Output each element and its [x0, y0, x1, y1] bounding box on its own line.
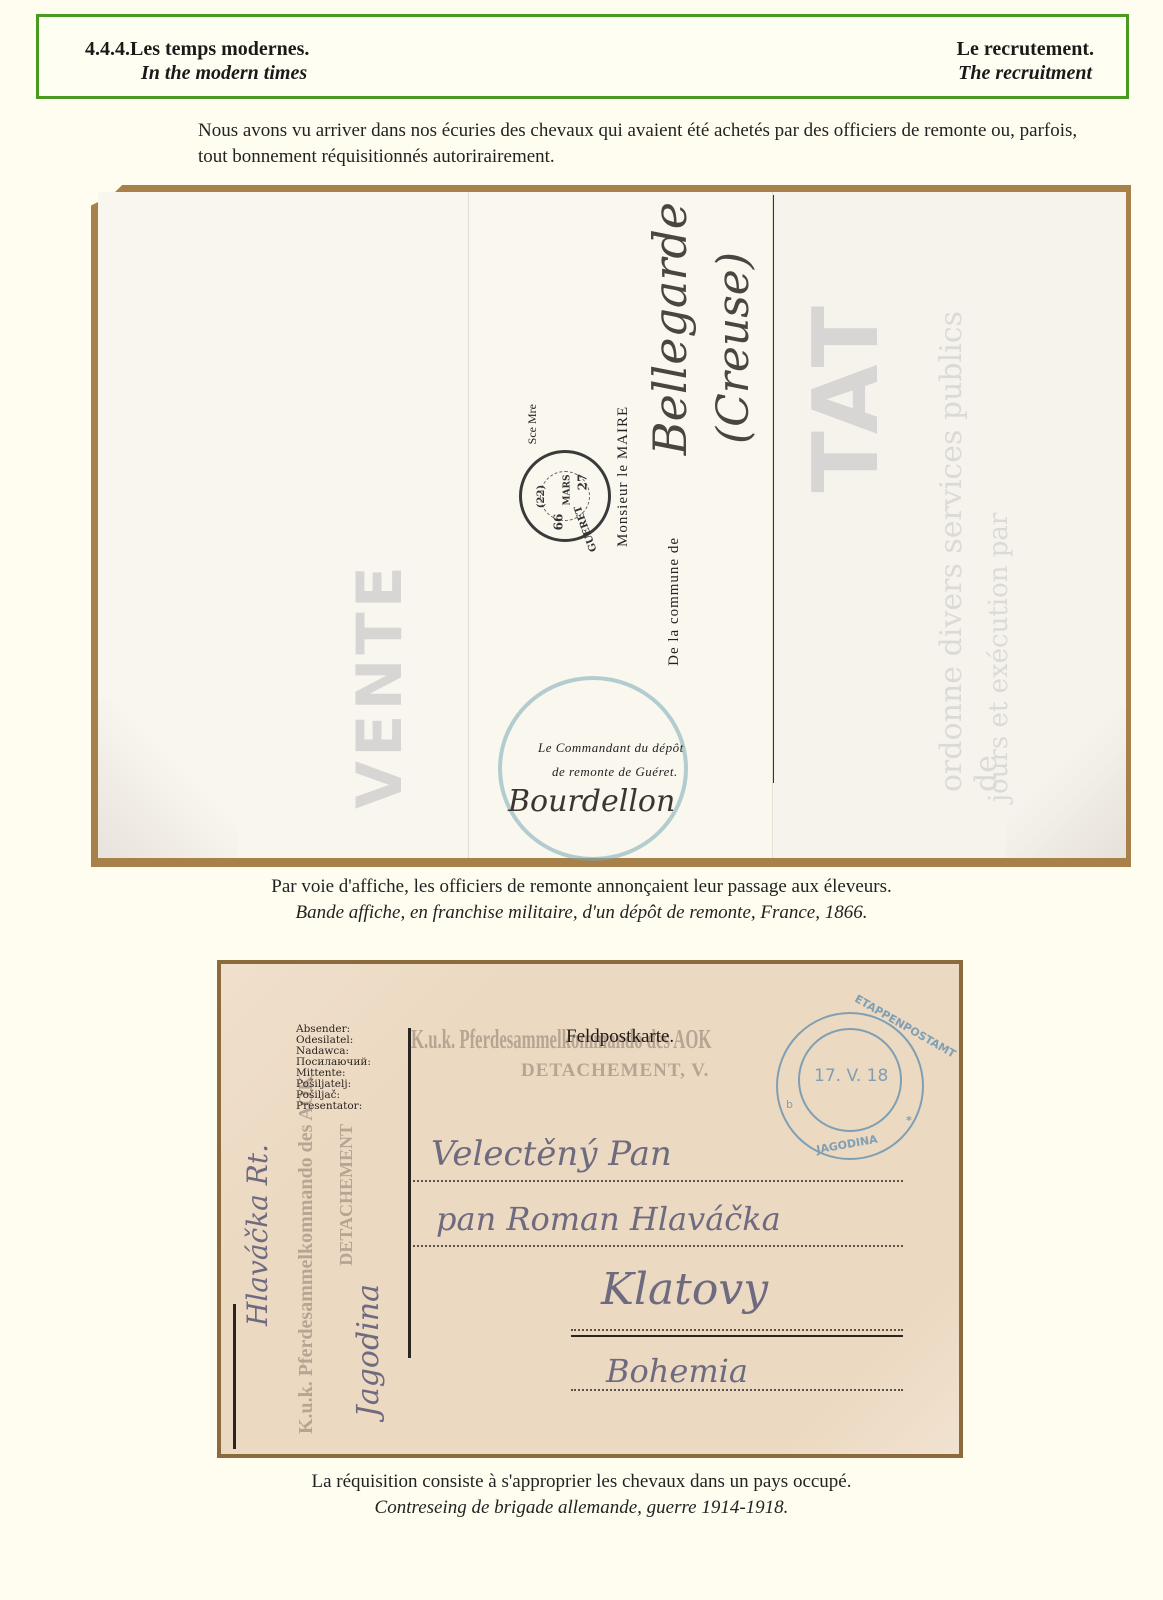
handwritten-commune: Bellegarde: [643, 202, 697, 455]
postmark-arc-bottom: JAGODINA: [815, 1133, 878, 1157]
band-rule: [773, 195, 774, 783]
signature: Bourdellon: [508, 784, 675, 819]
postmark-star: *: [906, 1114, 912, 1127]
divider-line: [408, 1028, 411, 1358]
caption-item-1-italic: Bande affiche, en franchise militaire, d…: [0, 902, 1163, 924]
section-header: 4.4.4.Les temps modernes. In the modern …: [36, 14, 1129, 99]
caption-item-2-italic: Contreseing de brigade allemande, guerre…: [0, 1497, 1163, 1519]
caption-item-1: Par voie d'affiche, les officiers de rem…: [0, 876, 1163, 898]
sender-divider-line: [233, 1304, 236, 1449]
postmark-day: 27: [575, 474, 589, 491]
poster-right-panel: TAT ordonne divers services publics de j…: [774, 192, 1126, 858]
commandant-line-1: Le Commandant du dépôt: [538, 740, 684, 756]
section-subtitle: In the modern times: [141, 62, 307, 85]
commune-label: De la commune de: [666, 537, 683, 666]
sender-name: Hlaváčka Rt.: [241, 1144, 274, 1326]
commandant-line-2: de remonte de Guéret.: [552, 764, 678, 780]
intro-paragraph: Nous avons vu arriver dans nos écuries d…: [198, 118, 1108, 170]
card-title: Feldpostkarte.: [566, 1026, 674, 1048]
postmark-year: 66: [551, 514, 565, 531]
address-line-3: Klatovy: [601, 1264, 768, 1315]
etappenpostamt-postmark: 17. V. 18 ETAPPENPOSTAMT JAGODINA * b: [776, 1012, 924, 1160]
ghost-poster-text-right: TAT: [794, 302, 899, 492]
address-line-2: pan Roman Hlaváčka: [436, 1200, 781, 1238]
address-line-4: Bohemia: [606, 1352, 748, 1390]
caption-item-2: La réquisition consiste à s'approprier l…: [0, 1471, 1163, 1493]
postmark-month: MARS: [562, 475, 572, 506]
topic-title: Le recrutement.: [957, 38, 1094, 61]
cachet-line-2: DETACHEMENT, V.: [521, 1060, 709, 1082]
addressee: Monsieur le MAIRE: [615, 347, 632, 547]
section-title: 4.4.4.Les temps modernes.: [85, 38, 309, 61]
sender-labels: Absender: Odesilatel: Nadawca: Посилаючи…: [296, 1024, 371, 1112]
topic-subtitle: The recruitment: [958, 62, 1092, 85]
fold-shadow: [1006, 708, 1126, 858]
feldpostkarte: K.u.k. Pferdesammelkommando des AOK DETA…: [221, 964, 959, 1454]
fold-shadow: [98, 698, 238, 858]
poster-item: VENTE TAT ordonne divers services public…: [98, 192, 1126, 858]
handwritten-department: (Creuse): [708, 252, 759, 444]
sender-location: Jagodina: [351, 1284, 386, 1417]
postmark-date: 17. V. 18: [814, 1066, 888, 1086]
gueret-postmark: 27 MARS 66 (22) GUERET: [519, 450, 611, 542]
service-mark: Sce Mre: [525, 404, 540, 444]
ghost-poster-text-left: VENTE: [343, 562, 416, 809]
side-cachet-line-2: DETACHEMENT: [336, 1124, 357, 1266]
postmark-dept: (22): [536, 485, 547, 508]
address-line-1: Velectěný Pan: [431, 1134, 672, 1174]
postmark-letter: b: [786, 1098, 793, 1111]
poster-left-panel: VENTE: [98, 192, 468, 858]
